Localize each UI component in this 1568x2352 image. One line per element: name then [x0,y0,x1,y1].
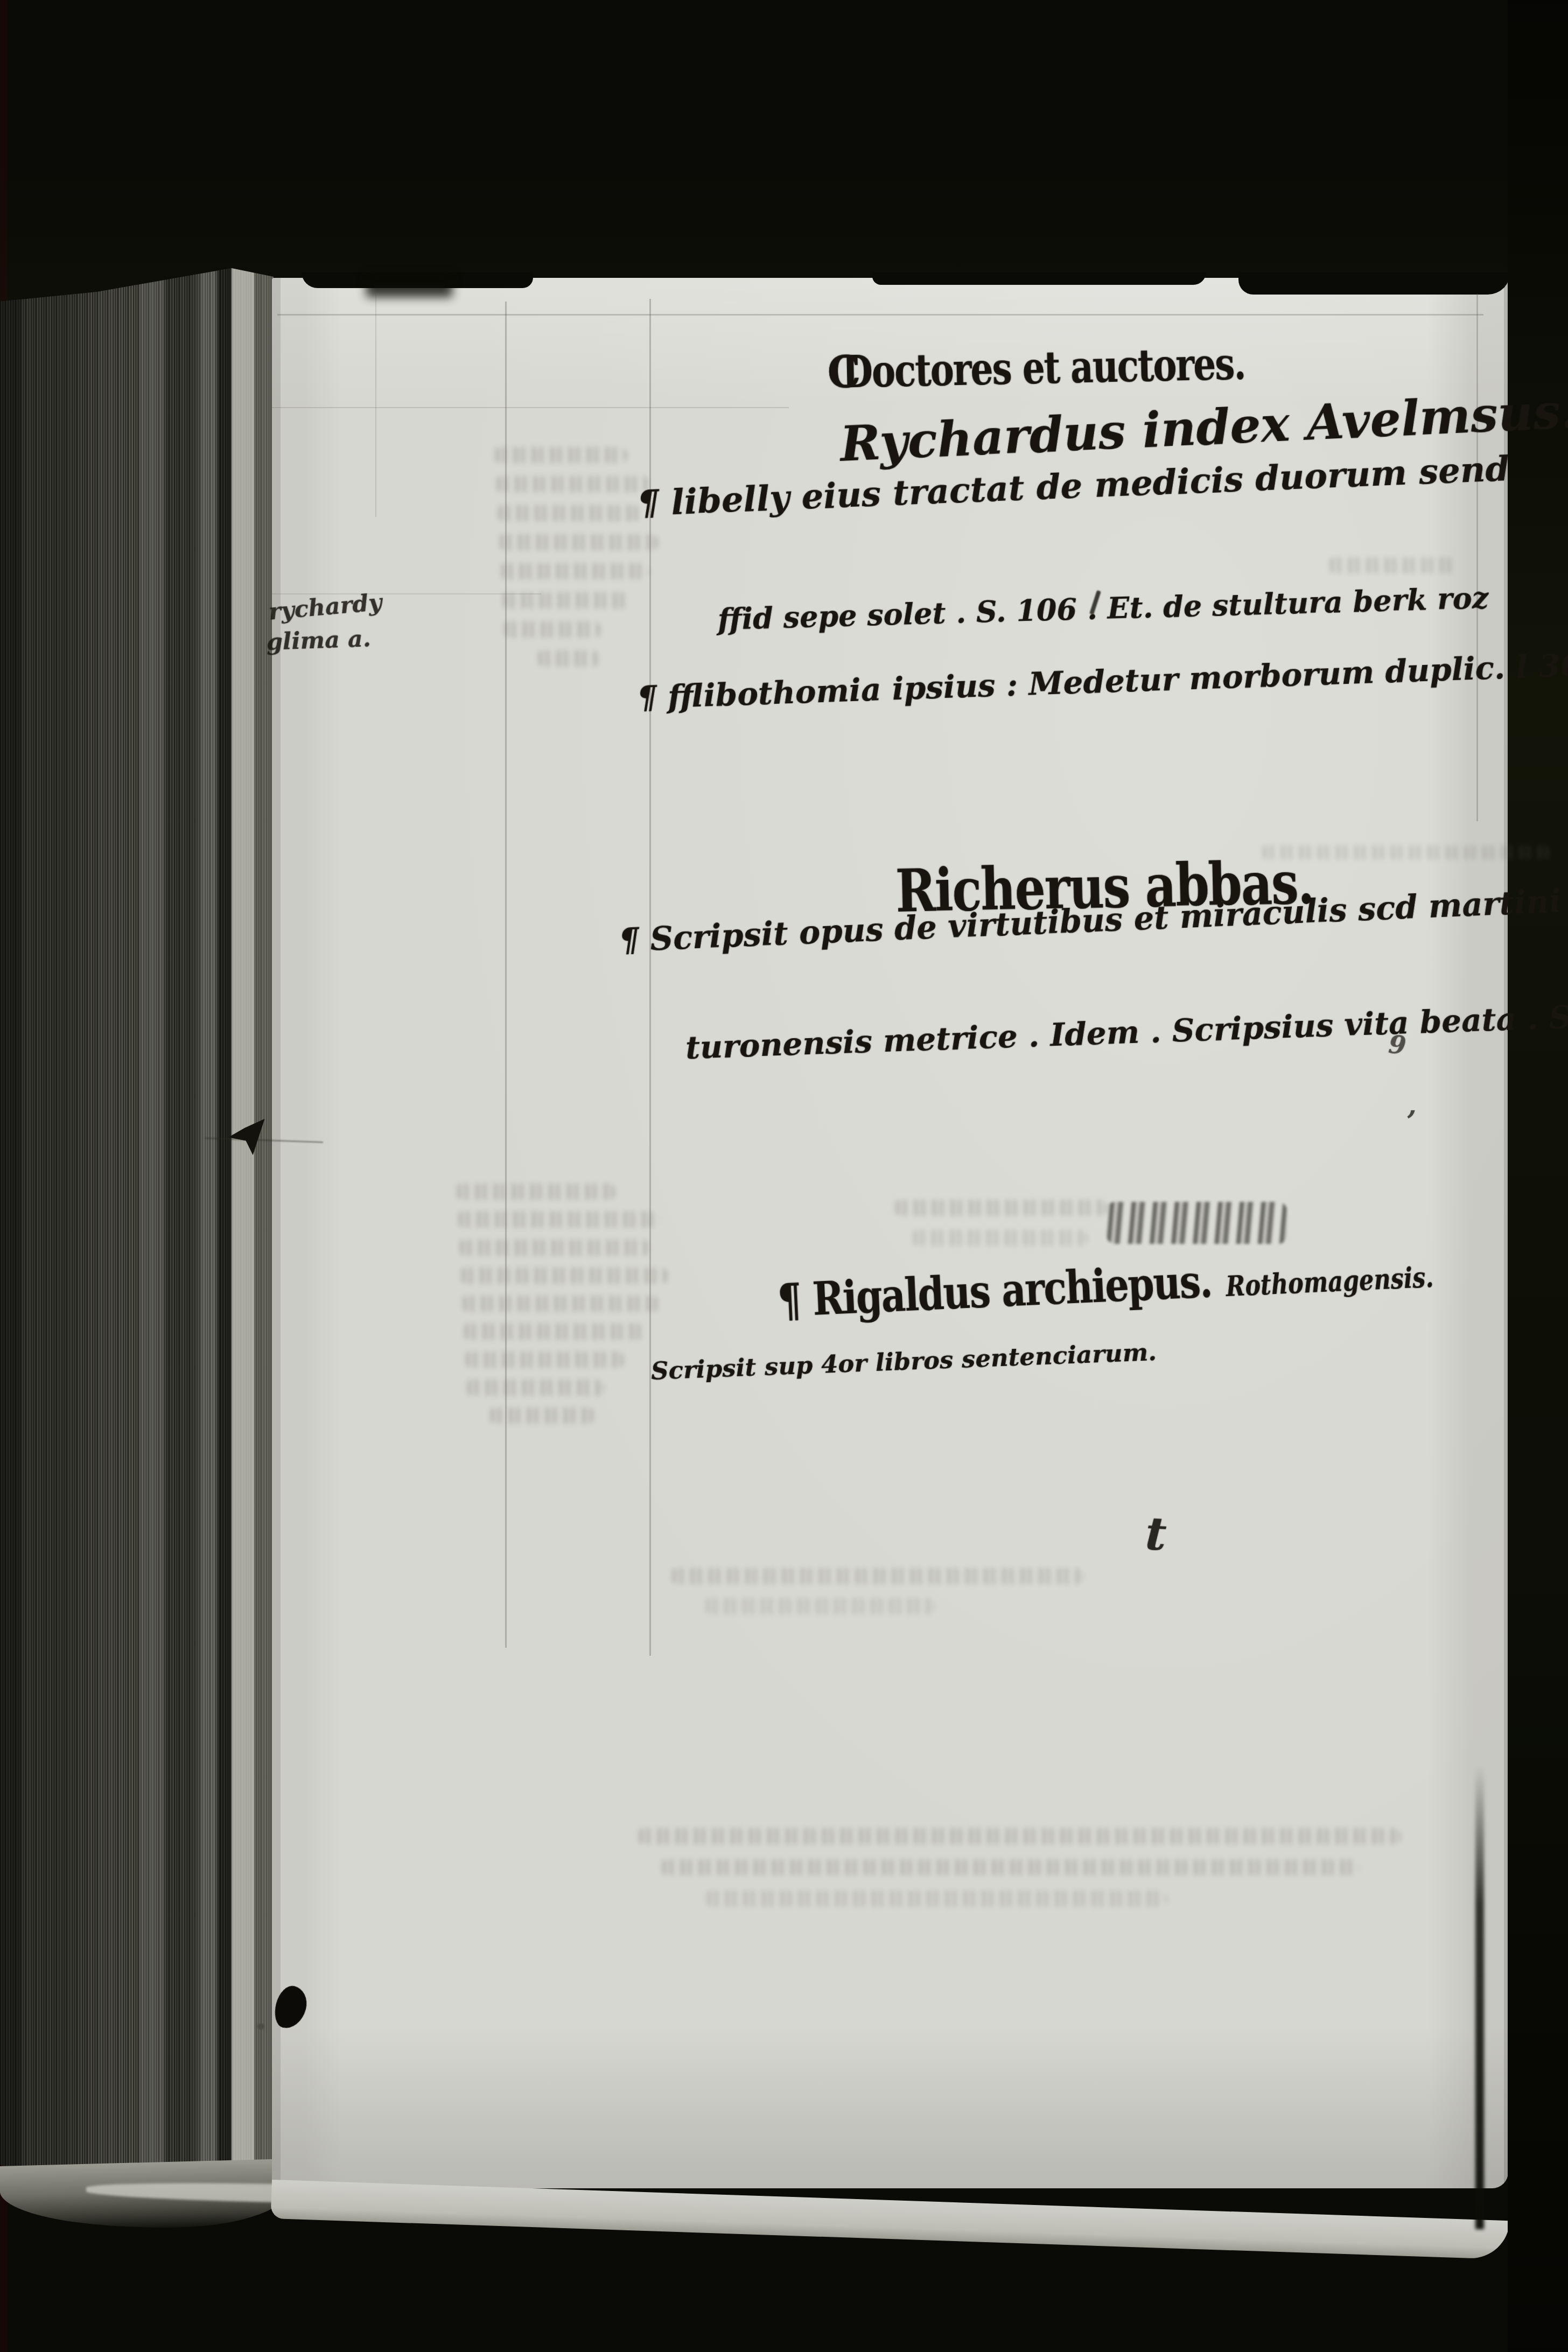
right-shadow-gutter [1508,0,1568,2352]
right-page-edge-shadow [1475,1766,1484,2229]
bleedthrough-dark-word [1107,1202,1287,1244]
entry-rigaldus-heading-suffix: Rothomagensis. [1225,1262,1434,1303]
vertical-ruling [1476,293,1478,821]
bleedthrough-text-block [636,1828,1405,1907]
bleedthrough-text-block [454,1184,676,1424]
horizontal-ruling [277,314,1483,316]
bleedthrough-text-block [492,447,665,667]
bleedthrough-text-block [893,1200,1111,1246]
page-title: CDoctores et auctores. [829,337,1245,398]
ink-blot-speck [257,2024,264,2029]
top-edge-smudge [366,276,452,297]
margin-note-line2: glima a. [266,625,372,656]
stray-nine-mark: 9 [1387,1030,1407,1060]
book-fore-edge [0,0,274,2352]
bleedthrough-text-block [669,1568,1087,1614]
bleedthrough-text-block [1327,557,1457,573]
page-bottom-edge [271,2180,1510,2259]
top-edge-shadow [872,272,1206,285]
top-edge-shadow [1238,272,1510,295]
stray-dagger-mark: t [1144,1507,1168,1561]
page-title-text: Doctores et auctores. [842,337,1246,398]
stray-comma-mark: ’ [1406,1105,1416,1138]
vertical-ruling [375,291,376,517]
photograph: CDoctores et auctores. Rychardus index A… [0,0,1568,2352]
capitulum-mark: C [827,345,860,398]
horizontal-ruling [272,407,789,408]
